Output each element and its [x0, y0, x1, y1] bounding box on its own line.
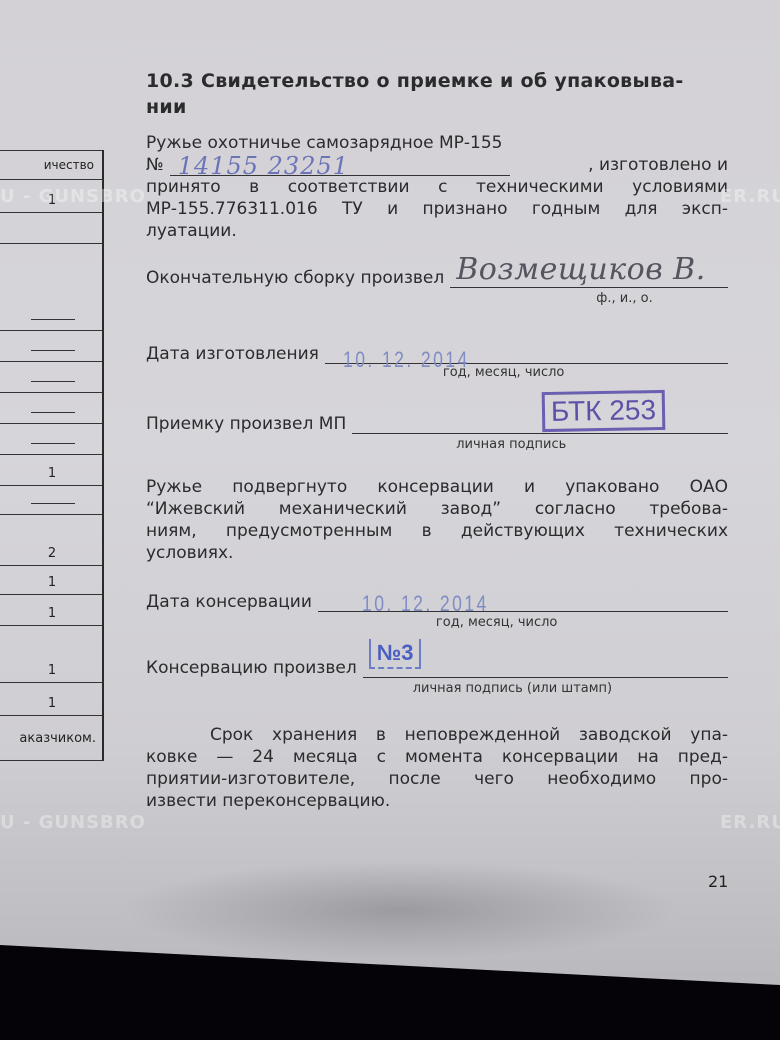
- table-row: 1: [0, 682, 102, 715]
- acceptance-label: Приемку произвел МП: [146, 414, 346, 434]
- conservation-date-value: 10. 12. 2014: [362, 591, 489, 617]
- table-row: [0, 392, 102, 423]
- table-row: [0, 361, 102, 392]
- page-number: 21: [708, 872, 728, 891]
- storage-text: приятии-изготовителе, после чего необход…: [146, 768, 728, 790]
- table-cell: 1: [36, 696, 56, 715]
- acceptance-caption: личная подпись: [456, 437, 566, 452]
- serial-number: 14155 23251: [178, 155, 349, 177]
- table-row: 1: [0, 625, 102, 682]
- btk-stamp: БТК 253: [542, 390, 666, 432]
- storage-text: извести переконсервацию.: [146, 790, 728, 812]
- table-cell: 1: [36, 606, 56, 625]
- assembler-signature: Возмещиков В.: [456, 252, 706, 287]
- table-cell: 1: [36, 466, 56, 485]
- quantity-table: ичество 1 1 2 1 1 1 1 аказчиком.: [0, 150, 104, 761]
- table-row: 2: [0, 514, 102, 565]
- serial-row: № 14155 23251 , изготовлено и: [146, 154, 728, 176]
- dash: [31, 381, 75, 382]
- acceptance-certificate: 10.3 Свидетельство о приемке и об упаков…: [146, 68, 728, 812]
- table-cell: 1: [36, 663, 56, 682]
- conservation-date-label: Дата консервации: [146, 592, 312, 612]
- manufacture-date-label: Дата изготовления: [146, 344, 319, 364]
- conservation-text: ниям, предусмотренным в действующих техн…: [146, 520, 728, 542]
- table-row: [0, 485, 102, 514]
- left-page-fragment: ичество 1 1 2 1 1 1 1 аказчиком.: [0, 150, 102, 750]
- table-header: ичество: [0, 150, 102, 179]
- serial-field: 14155 23251: [170, 155, 510, 176]
- manufacture-date-caption: год, месяц, число: [443, 365, 564, 380]
- acceptance-row: Приемку произвел МП БТК 253 личная подпи…: [146, 408, 728, 434]
- dash: [31, 503, 75, 504]
- final-assembly-caption: ф., и., о.: [596, 291, 652, 306]
- dash: [31, 412, 75, 413]
- conservator-caption: личная подпись (или штамп): [413, 681, 612, 696]
- table-row: [0, 212, 102, 243]
- table-row: [0, 330, 102, 361]
- dash: [31, 350, 75, 351]
- storage-text: Срок хранения в неповрежденной заводской…: [146, 724, 728, 746]
- table-row: 1: [0, 454, 102, 485]
- conservator-label: Консервацию произвел: [146, 658, 357, 678]
- table-footer-label: аказчиком.: [19, 731, 96, 746]
- acceptance-text: МР-155.776311.016 ТУ и признано годным д…: [146, 198, 728, 220]
- conservation-date-row: Дата консервации 10. 12. 2014 год, месяц…: [146, 586, 728, 612]
- page-shadow: [120, 860, 680, 960]
- watermark: U - GUNSBRO: [0, 186, 146, 207]
- conservator-field: №3 личная подпись (или штамп): [363, 659, 728, 678]
- storage-text: ковке — 24 месяца с момента консервации …: [146, 746, 728, 768]
- conservation-text: Ружье подвергнуто консервации и упакован…: [146, 476, 728, 498]
- final-assembly-field: Возмещиков В. ф., и., о.: [450, 269, 728, 288]
- number-label: №: [146, 154, 164, 176]
- conservation-date-field: 10. 12. 2014 год, месяц, число: [318, 593, 728, 612]
- conservation-text: условиях.: [146, 542, 728, 564]
- dash: [31, 319, 75, 320]
- final-assembly-row: Окончательную сборку произвел Возмещиков…: [146, 262, 728, 288]
- conservator-row: Консервацию произвел №3 личная подпись (…: [146, 652, 728, 678]
- table-row: 1: [0, 594, 102, 625]
- table-row: [0, 423, 102, 454]
- table-header-label: ичество: [44, 158, 94, 172]
- conservation-date-caption: год, месяц, число: [436, 615, 557, 630]
- acceptance-field: БТК 253 личная подпись: [352, 415, 728, 434]
- product-line: Ружье охотничье самозарядное МР-155: [146, 132, 728, 154]
- acceptance-text: луатации.: [146, 220, 728, 242]
- dash: [31, 443, 75, 444]
- watermark: ER.RU: [720, 186, 780, 207]
- conservation-text: “Ижевский механический завод” согласно т…: [146, 498, 728, 520]
- manufacture-date-field: 10. 12. 2014 год, месяц, число: [325, 345, 728, 364]
- table-cell: 2: [36, 546, 56, 565]
- final-assembly-label: Окончательную сборку произвел: [146, 268, 444, 288]
- section-title: 10.3 Свидетельство о приемке и об упаков…: [146, 68, 728, 94]
- section-title-cont: нии: [146, 94, 728, 120]
- manufacture-date-row: Дата изготовления 10. 12. 2014 год, меся…: [146, 338, 728, 364]
- watermark: U - GUNSBRO: [0, 812, 146, 833]
- table-row: [0, 243, 102, 330]
- table-row: 1: [0, 565, 102, 594]
- watermark: ER.RU: [720, 812, 780, 833]
- table-cell: 1: [36, 575, 56, 594]
- table-footer: аказчиком.: [0, 715, 102, 761]
- manufactured-text: , изготовлено и: [510, 154, 728, 176]
- no3-stamp: №3: [369, 639, 422, 669]
